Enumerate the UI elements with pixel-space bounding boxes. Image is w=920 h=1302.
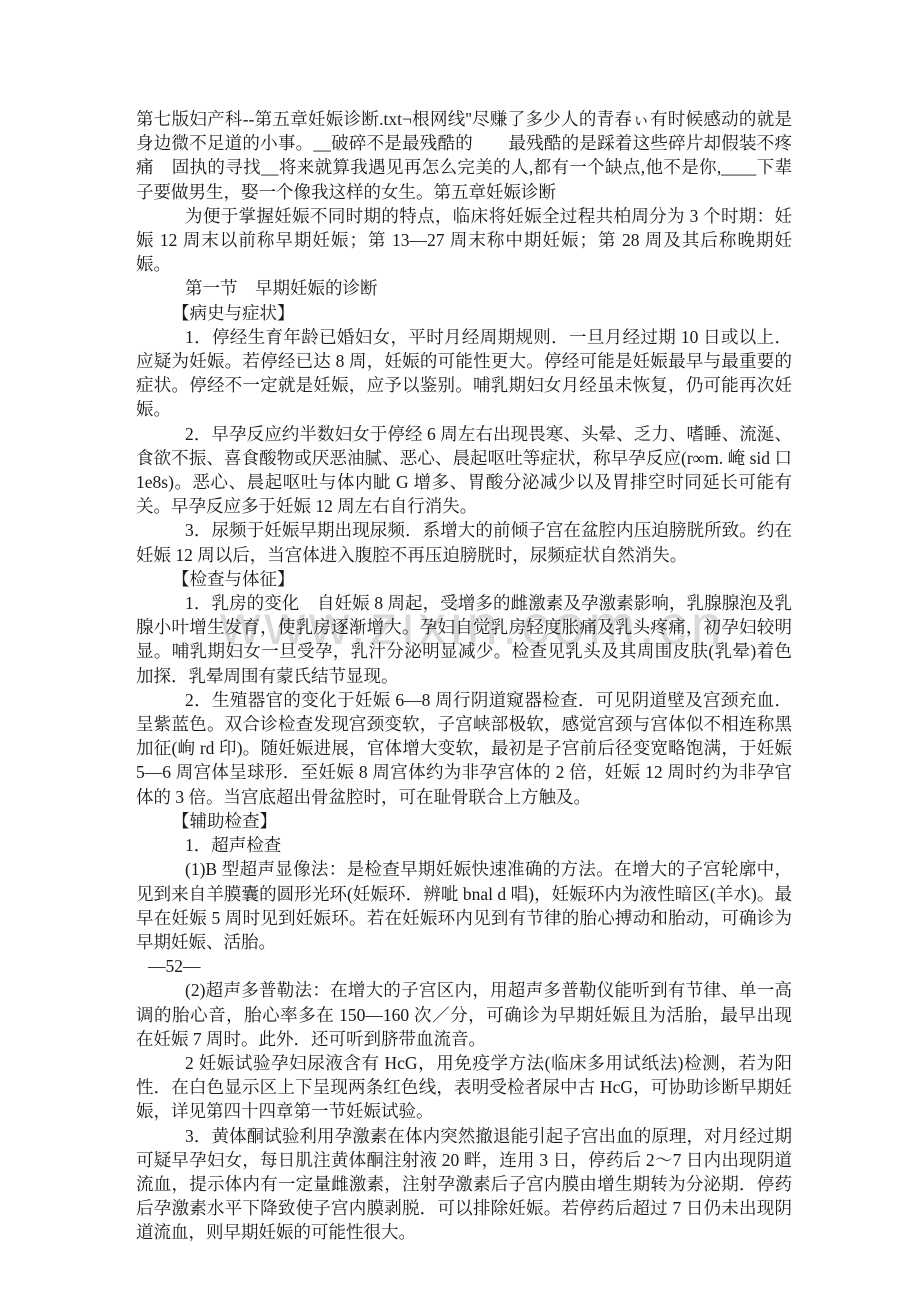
heading-auxiliary-exam: 【辅助检查】: [136, 809, 792, 833]
paragraph-intro: 第七版妇产科--第五章妊娠诊断.txt¬根网线''尽赚了多少人的青春ぃ有时候感动…: [136, 107, 792, 204]
section-heading: 第一节 早期妊娠的诊断: [136, 276, 792, 300]
heading-history-symptoms: 【病史与症状】: [136, 301, 792, 325]
paragraph-doppler: (2)超声多普勒法：在增大的子宫区内，用超声多普勒仪能听到有节律、单一高调的胎心…: [136, 978, 792, 1051]
paragraph-morning-sickness: 2．早孕反应约半数妇女于停经 6 周左右出现畏寒、头晕、乏力、嗜睡、流涎、食欲不…: [136, 422, 792, 519]
paragraph-progesterone-test: 3．黄体酮试验利用孕激素在体内突然撤退能引起子宫出血的原理，对月经过期可疑早孕妇…: [136, 1124, 792, 1245]
paragraph-urinary-frequency: 3．尿频于妊娠早期出现尿频．系增大的前倾子宫在盆腔内压迫膀胱所致。约在妊娠 12…: [136, 518, 792, 566]
heading-exam-signs: 【检查与体征】: [136, 567, 792, 591]
page-number: —52—: [136, 954, 792, 978]
paragraph-b-ultrasound: (1)B 型超声显像法：是检查早期妊娠快速准确的方法。在增大的子宫轮廓中，见到来…: [136, 857, 792, 954]
document-page: www.zixin.com.cn 第七版妇产科--第五章妊娠诊断.txt¬根网线…: [0, 0, 920, 1302]
paragraph-genital-changes: 2．生殖器官的变化于妊娠 6—8 周行阴道窥器检查．可见阴道壁及宫颈充血．呈紫蓝…: [136, 688, 792, 809]
paragraph-overview: 为便于掌握妊娠不同时期的特点，临床将妊娠全过程共柏周分为 3 个时期：妊娠 12…: [136, 204, 792, 277]
document-text-block: 第七版妇产科--第五章妊娠诊断.txt¬根网线''尽赚了多少人的青春ぃ有时候感动…: [136, 107, 792, 1245]
paragraph-amenorrhea: 1．停经生育年龄已婚妇女，平时月经周期规则．一旦月经过期 10 日或以上．应疑为…: [136, 325, 792, 422]
paragraph-pregnancy-test: 2 妊娠试验孕妇尿液含有 HcG，用免疫学方法(临床多用试纸法)检测，若为阳性．…: [136, 1051, 792, 1124]
paragraph-breast-changes: 1．乳房的变化 自妊娠 8 周起，受增多的雌激素及孕激素影响，乳腺腺泡及乳腺小叶…: [136, 591, 792, 688]
paragraph-ultrasound: 1．超声检查: [136, 833, 792, 857]
